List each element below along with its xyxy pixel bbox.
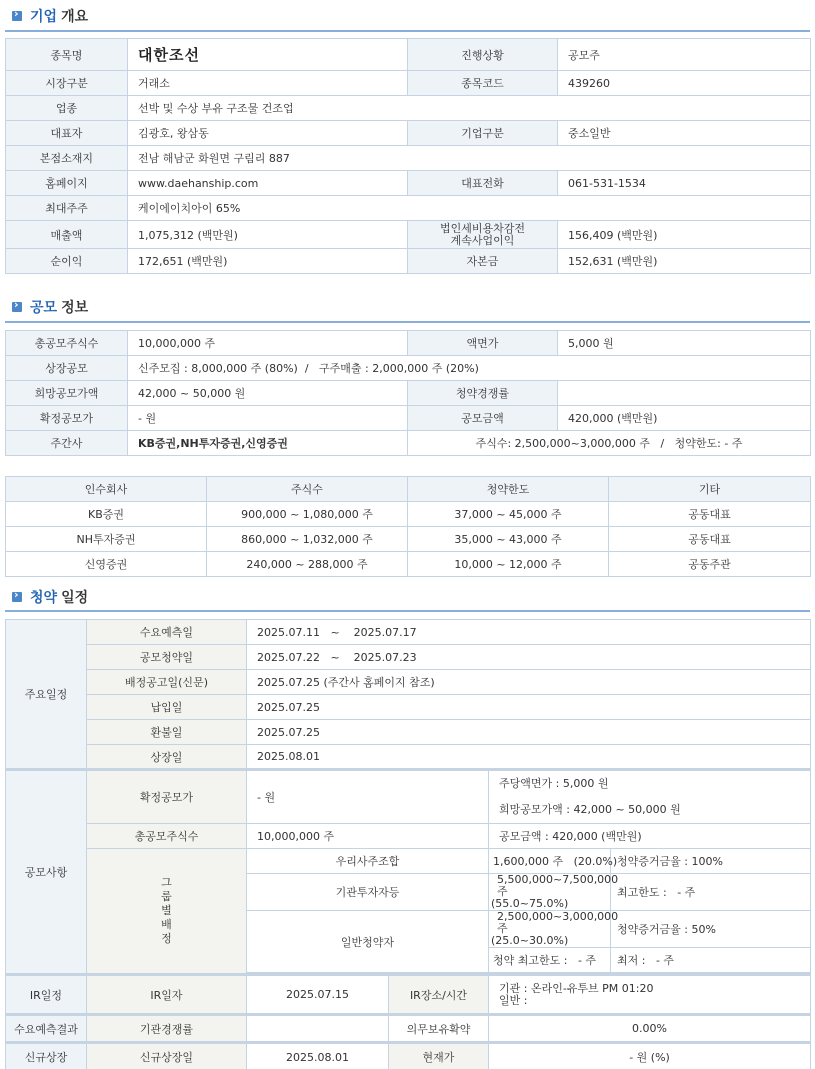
market-value: 거래소: [128, 71, 408, 96]
new-listing-label: 신규상장: [6, 1043, 87, 1069]
bullet-arrow-icon: [12, 592, 22, 602]
par-value: 5,000 원: [558, 331, 811, 356]
underwriter-shares: 240,000 ~ 288,000 주: [207, 552, 408, 577]
revenue-value: 1,075,312 (백만원): [128, 221, 408, 249]
section-title-schedule: 청약 일정: [12, 587, 88, 607]
amount-label: 공모금액: [408, 406, 558, 431]
underwriter-etc: 공동대표: [609, 502, 811, 527]
hq-label: 본점소재지: [6, 146, 128, 171]
total-shares-label: 총공모주식수: [87, 824, 247, 849]
final-price-value: - 원: [247, 770, 489, 824]
code-value: 439260: [558, 71, 811, 96]
section-title-accent: 공모: [30, 297, 57, 317]
schedule-row: 상장일 2025.08.01: [6, 745, 811, 770]
section-divider: [5, 610, 810, 612]
revenue-label: 매출액: [6, 221, 128, 249]
section-title-rest: 일정: [61, 587, 88, 607]
retail-max: 청약 최고한도 : - 주: [489, 948, 611, 973]
capital-value: 152,631 (백만원): [558, 249, 811, 274]
ceo-label: 대표자: [6, 121, 128, 146]
section-title-accent: 기업: [30, 6, 57, 26]
employee-shares: 1,600,000 주 (20.0%): [489, 849, 611, 874]
ir-place-label: IR장소/시간: [389, 975, 489, 1015]
col-header-limit: 청약한도: [408, 477, 609, 502]
total-shares-value: 10,000,000 주: [128, 331, 408, 356]
table-row: 신영증권 240,000 ~ 288,000 주 10,000 ~ 12,000…: [6, 552, 811, 577]
bullet-arrow-icon: [12, 302, 22, 312]
table-row: KB증권 900,000 ~ 1,080,000 주 37,000 ~ 45,0…: [6, 502, 811, 527]
demand-result-label: 수요예측결과: [6, 1015, 87, 1043]
allocation-notice-label: 배정공고일(신문): [87, 670, 247, 695]
offering-items-label: 공모사항: [6, 770, 87, 975]
current-price-value: - 원 (%): [489, 1043, 811, 1069]
section-title-accent: 청약: [30, 587, 57, 607]
listing-date-label: 상장일: [87, 745, 247, 770]
total-shares-label: 총공모주식수: [6, 331, 128, 356]
col-header-company: 인수회사: [6, 477, 207, 502]
schedule-row: 배정공고일(신문) 2025.07.25 (주간사 홈페이지 참조): [6, 670, 811, 695]
company-type-value: 중소일반: [558, 121, 811, 146]
underwriter-company: KB증권: [6, 502, 207, 527]
institution-shares: 5,500,000~7,500,000 주 (55.0~75.0%): [489, 874, 611, 911]
company-overview-table: 종목명 대한조선 진행상황 공모주 시장구분 거래소 종목코드 439260 업…: [5, 38, 811, 274]
employee-label: 우리사주조합: [247, 849, 489, 874]
subscription-label: 공모청약일: [87, 645, 247, 670]
code-label: 종목코드: [408, 71, 558, 96]
retail-shares: 2,500,000~3,000,000 주 (25.0~30.0%): [489, 911, 611, 948]
schedule-row: 납입일 2025.07.25: [6, 695, 811, 720]
par-label: 액면가: [408, 331, 558, 356]
price-info: 주당액면가 : 5,000 원 희망공모가액 : 42,000 ~ 50,000…: [489, 770, 811, 824]
retail-min: 최저 : - 주: [611, 948, 811, 973]
underwriter-limit: 10,000 ~ 12,000 주: [408, 552, 609, 577]
homepage-label: 홈페이지: [6, 171, 128, 196]
col-header-shares: 주식수: [207, 477, 408, 502]
pretax-label-line1: 법인세비용차감전: [408, 223, 557, 235]
schedule-row: 환불일 2025.07.25: [6, 720, 811, 745]
final-price-label: 확정공모가: [6, 406, 128, 431]
net-income-value: 172,651 (백만원): [128, 249, 408, 274]
competition-value: [558, 381, 811, 406]
section-title-company-overview: 기업 개요: [12, 6, 88, 26]
subscription-value: 2025.07.22 ~ 2025.07.23: [247, 645, 811, 670]
competition-label: 청약경쟁률: [408, 381, 558, 406]
par-per-share: 주당액면가 : 5,000 원: [499, 771, 810, 797]
status-label: 진행상황: [408, 39, 558, 71]
capital-label: 자본금: [408, 249, 558, 274]
payment-value: 2025.07.25: [247, 695, 811, 720]
ir-label: IR일정: [6, 975, 87, 1015]
refund-value: 2025.07.25: [247, 720, 811, 745]
institution-label: 기관투자자등: [247, 874, 489, 911]
schedule-table: 주요일정 수요예측일 2025.07.11 ~ 2025.07.17 공모청약일…: [5, 619, 811, 1069]
stock-name-label: 종목명: [6, 39, 128, 71]
hope-price: 희망공모가액 : 42,000 ~ 50,000 원: [499, 797, 810, 823]
status-value: 공모주: [558, 39, 811, 71]
net-income-label: 순이익: [6, 249, 128, 274]
payment-label: 납입일: [87, 695, 247, 720]
demand-forecast-value: 2025.07.11 ~ 2025.07.17: [247, 620, 811, 645]
underwriter-shares: 900,000 ~ 1,080,000 주: [207, 502, 408, 527]
pretax-label-line2: 계속사업이익: [408, 235, 557, 247]
ceo-value: 김광호, 왕삼동: [128, 121, 408, 146]
listing-date-value: 2025.08.01: [247, 1043, 389, 1069]
table-row: NH투자증권 860,000 ~ 1,032,000 주 35,000 ~ 43…: [6, 527, 811, 552]
underwriter-limit: 37,000 ~ 45,000 주: [408, 502, 609, 527]
shareholder-value: 케이에이치아이 65%: [128, 196, 811, 221]
final-price-label: 확정공모가: [87, 770, 247, 824]
amount-value: 420,000 (백만원): [558, 406, 811, 431]
employee-margin: 청약증거금율 : 100%: [611, 849, 811, 874]
underwriter-etc: 공동주관: [609, 552, 811, 577]
lockup-value: 0.00%: [489, 1015, 811, 1043]
col-header-etc: 기타: [609, 477, 811, 502]
inst-competition-value: [247, 1015, 389, 1043]
underwriter-etc: 공동대표: [609, 527, 811, 552]
underwriter-detail: 주식수: 2,500,000~3,000,000 주 / 청약한도: - 주: [408, 431, 811, 456]
section-title-rest: 개요: [61, 6, 88, 26]
offering-info-table: 총공모주식수 10,000,000 주 액면가 5,000 원 상장공모 신주모…: [5, 330, 811, 456]
ir-date-label: IR일자: [87, 975, 247, 1015]
stock-name: 대한조선: [128, 39, 408, 71]
ir-date-value: 2025.07.15: [247, 975, 389, 1015]
schedule-row: 공모청약일 2025.07.22 ~ 2025.07.23: [6, 645, 811, 670]
retail-margin: 청약증거금율 : 50%: [611, 911, 811, 948]
bullet-arrow-icon: [12, 11, 22, 21]
underwriter-company: 신영증권: [6, 552, 207, 577]
main-schedule-label: 주요일정: [6, 620, 87, 770]
institution-limit: 최고한도 : - 주: [611, 874, 811, 911]
underwriter-limit: 35,000 ~ 43,000 주: [408, 527, 609, 552]
underwriter-label: 주간사: [6, 431, 128, 456]
retail-label: 일반청약자: [247, 911, 489, 973]
pretax-label: 법인세비용차감전 계속사업이익: [408, 221, 558, 249]
company-type-label: 기업구분: [408, 121, 558, 146]
total-shares-value: 10,000,000 주: [247, 824, 489, 849]
phone-value: 061-531-1534: [558, 171, 811, 196]
refund-label: 환불일: [87, 720, 247, 745]
current-price-label: 현재가: [389, 1043, 489, 1069]
hq-value: 전남 해남군 화원면 구림리 887: [128, 146, 811, 171]
hope-price-label: 희망공모가액: [6, 381, 128, 406]
section-title-rest: 정보: [61, 297, 88, 317]
homepage-link[interactable]: www.daehanship.com: [128, 171, 408, 196]
underwriter-company: NH투자증권: [6, 527, 207, 552]
demand-forecast-label: 수요예측일: [87, 620, 247, 645]
phone-label: 대표전화: [408, 171, 558, 196]
offering-amount: 공모금액 : 420,000 (백만원): [489, 824, 811, 849]
allocation-notice-value: 2025.07.25 (주간사 홈페이지 참조): [247, 670, 811, 695]
hope-price-value: 42,000 ~ 50,000 원: [128, 381, 408, 406]
section-title-offering-info: 공모 정보: [12, 297, 88, 317]
market-label: 시장구분: [6, 71, 128, 96]
pretax-value: 156,409 (백만원): [558, 221, 811, 249]
ir-place-value: 기관 : 온라인-유투브 PM 01:20 일반 :: [489, 975, 811, 1015]
industry-value: 선박 및 수상 부유 구조물 건조업: [128, 96, 811, 121]
section-divider: [5, 30, 810, 32]
lockup-label: 의무보유확약: [389, 1015, 489, 1043]
listing-offer-label: 상장공모: [6, 356, 128, 381]
listing-offer-value: 신주모집 : 8,000,000 주 (80%) / 구주매출 : 2,000,…: [128, 356, 811, 381]
shareholder-label: 최대주주: [6, 196, 128, 221]
inst-competition-label: 기관경쟁률: [87, 1015, 247, 1043]
underwriter-value: KB증권,NH투자증권,신영증권: [128, 431, 408, 456]
schedule-row: 주요일정 수요예측일 2025.07.11 ~ 2025.07.17: [6, 620, 811, 645]
underwriters-table: 인수회사 주식수 청약한도 기타 KB증권 900,000 ~ 1,080,00…: [5, 476, 811, 577]
industry-label: 업종: [6, 96, 128, 121]
section-divider: [5, 321, 810, 323]
listing-date-value: 2025.08.01: [247, 745, 811, 770]
final-price-value: - 원: [128, 406, 408, 431]
underwriter-shares: 860,000 ~ 1,032,000 주: [207, 527, 408, 552]
listing-date-label: 신규상장일: [87, 1043, 247, 1069]
group-allocation-label: 그 룹 별 배 정: [87, 849, 247, 975]
